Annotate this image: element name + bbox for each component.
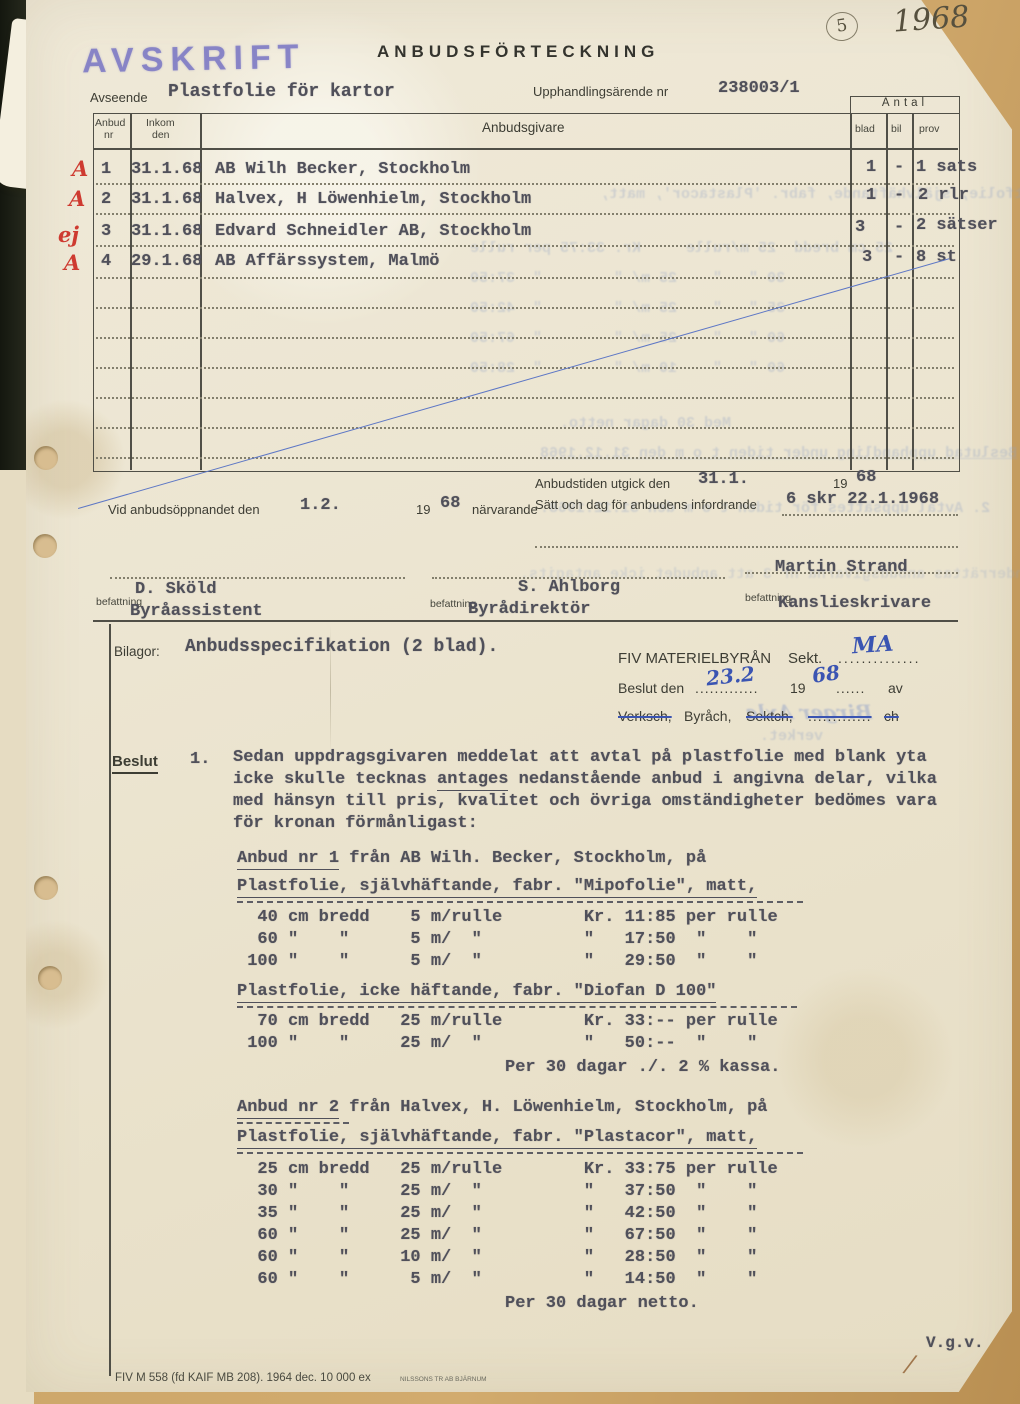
price-line: 100 " " 5 m/ " " 29:50 " " xyxy=(237,952,757,971)
table-row-line xyxy=(96,183,954,185)
price-line: 60 " " 25 m/ " " 67:50 " " xyxy=(237,1226,757,1245)
av-label: av xyxy=(888,680,903,696)
table-row-line xyxy=(96,277,954,279)
row-blad: 3 xyxy=(855,218,865,237)
row-givare: AB Affärssystem, Malmö xyxy=(215,252,439,271)
year-typed: 68 xyxy=(440,494,460,513)
row-blad: 1 xyxy=(866,186,876,205)
form-identifier: FIV M 558 (fd KAIF MB 208). 1964 dec. 10… xyxy=(115,1372,371,1384)
row-bil: - xyxy=(894,248,904,267)
row-givare: AB Wilh Becker, Stockholm xyxy=(215,160,470,179)
table-column-line xyxy=(886,113,888,470)
sektch-label-struck: Sektch, xyxy=(746,708,793,724)
handwritten-sektion: MA xyxy=(851,631,894,660)
utgick-value: 31.1. xyxy=(698,470,749,489)
row-prov: 2 rlr xyxy=(918,186,969,205)
margin-mark: ej xyxy=(58,222,79,247)
col-blad-label: blad xyxy=(855,123,875,135)
beslut-heading: Beslut xyxy=(112,753,158,774)
table-row-line xyxy=(96,397,954,399)
margin-mark: A xyxy=(69,186,85,211)
punch-hole xyxy=(34,446,58,470)
beslut-line: med hänsyn till pris, kvalitet och övrig… xyxy=(233,792,937,811)
dashed-underline xyxy=(237,901,803,903)
price-line: 30 " " 25 m/ " " 37:50 " " xyxy=(237,1182,757,1201)
scanned-document-page: Plastfolie, självhäftande, fabr. 'Plasta… xyxy=(0,0,1020,1404)
section-divider xyxy=(93,620,958,622)
margin-mark: A xyxy=(64,250,80,275)
payment-terms: Per 30 dagar ./. 2 % kassa. xyxy=(505,1058,780,1077)
form-left-border xyxy=(109,624,111,1376)
table-row-line xyxy=(96,457,954,459)
avseende-label: Avseende xyxy=(90,90,148,105)
row-blad: 3 xyxy=(862,248,872,267)
avseende-value: Plastfolie för kartor xyxy=(168,82,395,102)
satt-label: Sätt och dag för anbudens infordrande xyxy=(535,497,757,512)
row-nr: 4 xyxy=(101,252,111,271)
anbud2-heading-underlined: Anbud nr 2 xyxy=(237,1098,339,1119)
price-line: 70 cm bredd 25 m/rulle Kr. 33:-- per rul… xyxy=(237,1012,778,1031)
dashed-underline xyxy=(237,1152,803,1154)
row-nr: 1 xyxy=(101,160,111,179)
table-column-line xyxy=(850,113,852,470)
dotted-fill: ...... xyxy=(836,680,865,696)
beslut-line: för kronan förmånligast: xyxy=(233,814,478,833)
beslut-line-pre: icke skulle tecknas xyxy=(233,770,437,789)
anbud2-heading: Anbud nr 2 från Halvex, H. Löwenhielm, S… xyxy=(237,1098,768,1117)
beslut-line: icke skulle tecknas antages nedanstående… xyxy=(233,770,937,789)
punch-hole xyxy=(33,534,57,558)
anbud1-heading-underlined: Anbud nr 1 xyxy=(237,849,339,870)
anbud1-heading-rest: från AB Wilh. Becker, Stockholm, på xyxy=(339,849,706,868)
row-prov: 1 sats xyxy=(916,158,977,177)
vid-oppnandet-label: Vid anbudsöppnandet den xyxy=(108,502,260,517)
anbud1-subheading2: Plastfolie, icke häftande, fabr. "Diofan… xyxy=(237,982,716,1003)
document-title: ANBUDSFÖRTECKNING xyxy=(377,42,659,62)
price-line: 35 " " 25 m/ " " 42:50 " " xyxy=(237,1204,757,1223)
price-line: 60 " " 5 m/ " " 14:50 " " xyxy=(237,1270,757,1289)
narvarande-label: närvarande xyxy=(472,502,538,517)
signature-title: Byrådirektör xyxy=(468,600,590,619)
col-prov-label: prov xyxy=(919,123,939,135)
dotted-line xyxy=(535,546,958,548)
beslut-item-number: 1. xyxy=(190,750,210,769)
arende-label: Upphandlingsärende nr xyxy=(533,84,668,99)
table-row-line xyxy=(96,367,954,369)
table-row-line xyxy=(96,337,954,339)
punch-hole xyxy=(34,876,58,900)
price-line: 25 cm bredd 25 m/rulle Kr. 33:75 per rul… xyxy=(237,1160,778,1179)
price-line: 40 cm bredd 5 m/rulle Kr. 11:85 per rull… xyxy=(237,908,778,927)
arende-value: 238003/1 xyxy=(718,79,800,98)
col-inkom-label: Inkom xyxy=(146,117,175,129)
row-prov: 2 sätser xyxy=(916,216,998,235)
year-printed: 19 xyxy=(790,680,806,696)
col-anbud-label: Anbud xyxy=(95,117,125,129)
vid-oppnandet-value: 1.2. xyxy=(300,496,341,515)
anbud1-heading: Anbud nr 1 från AB Wilh. Becker, Stockho… xyxy=(237,849,706,868)
row-inkom: 31.1.68 xyxy=(131,222,202,241)
col-anbud-label2: nr xyxy=(104,129,113,141)
beslut-line-post: nedanstående anbud i angivna delar, vilk… xyxy=(508,770,936,789)
signature-line xyxy=(110,577,405,579)
row-bil: - xyxy=(894,186,904,205)
printer-imprint: NILSSONS TR AB BJÄRNUM xyxy=(400,1376,487,1383)
bleed-through-text: verket. xyxy=(760,728,823,745)
table-column-line xyxy=(912,113,914,470)
col-bil-label: bil xyxy=(891,123,902,135)
payment-terms: Per 30 dagar netto. xyxy=(505,1294,699,1313)
handwritten-day: 23.2 xyxy=(705,662,756,691)
verksch-label-struck: Verksch, xyxy=(618,708,672,724)
price-line: 100 " " 25 m/ " " 50:-- " " xyxy=(237,1034,757,1053)
handwritten-year: 1968 xyxy=(892,0,971,40)
row-blad: 1 xyxy=(866,158,876,177)
vgv-note: V.g.v. xyxy=(926,1334,984,1352)
punch-hole xyxy=(38,966,62,990)
ch-label-struck: ch xyxy=(884,708,899,724)
utgick-label: Anbudstiden utgick den xyxy=(535,476,670,491)
signature-title: Byråassistent xyxy=(130,602,263,621)
dotted-line xyxy=(782,514,958,516)
table-row-line xyxy=(96,427,954,429)
price-line: 60 " " 5 m/ " " 17:50 " " xyxy=(237,930,757,949)
satt-value: 6 skr 22.1.1968 xyxy=(786,490,939,509)
table-row-line xyxy=(96,245,954,247)
row-nr: 2 xyxy=(101,190,111,209)
row-prov: 8 st xyxy=(916,248,957,267)
dashed-underline xyxy=(237,1006,797,1008)
dashed-underline xyxy=(237,1122,349,1124)
dotted-fill-struck: ............. xyxy=(808,708,872,724)
year-printed: 19 xyxy=(833,476,847,491)
signature-name: D. Sköld xyxy=(135,580,217,599)
row-nr: 3 xyxy=(101,222,111,241)
col-anbudsgivare-label: Anbudsgivare xyxy=(482,120,565,135)
beslut-line: Sedan uppdragsgivaren meddelat att avtal… xyxy=(233,748,927,767)
signature-name: S. Ahlborg xyxy=(518,578,620,597)
beslut-den-label: Beslut den xyxy=(618,680,684,696)
signature-name: Martin Strand xyxy=(775,558,908,577)
anbud2-subheading: Plastfolie, självhäftande, fabr. "Plasta… xyxy=(237,1128,757,1149)
anbud1-subheading: Plastfolie, självhäftande, fabr. "Mipofo… xyxy=(237,877,757,898)
byrach-label: Byråch, xyxy=(684,708,731,724)
year-printed: 19 xyxy=(416,502,430,517)
table-row-line xyxy=(96,307,954,309)
signature-title: Kanslieskrivare xyxy=(778,594,931,613)
price-line: 60 " " 10 m/ " " 28:50 " " xyxy=(237,1248,757,1267)
bilagor-value: Anbudsspecifikation (2 blad). xyxy=(185,637,498,657)
beslut-underlined-word: antages xyxy=(437,770,508,791)
year-typed: 68 xyxy=(856,468,876,487)
antal-header: Antal xyxy=(850,96,960,114)
table-row-line xyxy=(96,213,954,215)
row-bil: - xyxy=(894,218,904,237)
row-inkom: 31.1.68 xyxy=(131,160,202,179)
row-inkom: 29.1.68 xyxy=(131,252,202,271)
table-header-divider xyxy=(93,148,958,150)
col-inkom-label2: den xyxy=(152,129,170,141)
anbud2-heading-rest: från Halvex, H. Löwenhielm, Stockholm, p… xyxy=(339,1098,767,1117)
row-givare: Halvex, H Löwenhielm, Stockholm xyxy=(215,190,531,209)
row-bil: - xyxy=(894,158,904,177)
row-givare: Edvard Schneidler AB, Stockholm xyxy=(215,222,531,241)
avskrift-stamp: AVSKRIFT xyxy=(82,38,306,82)
row-inkom: 31.1.68 xyxy=(131,190,202,209)
bilagor-label: Bilagor: xyxy=(114,644,160,659)
margin-mark: A xyxy=(72,156,88,181)
